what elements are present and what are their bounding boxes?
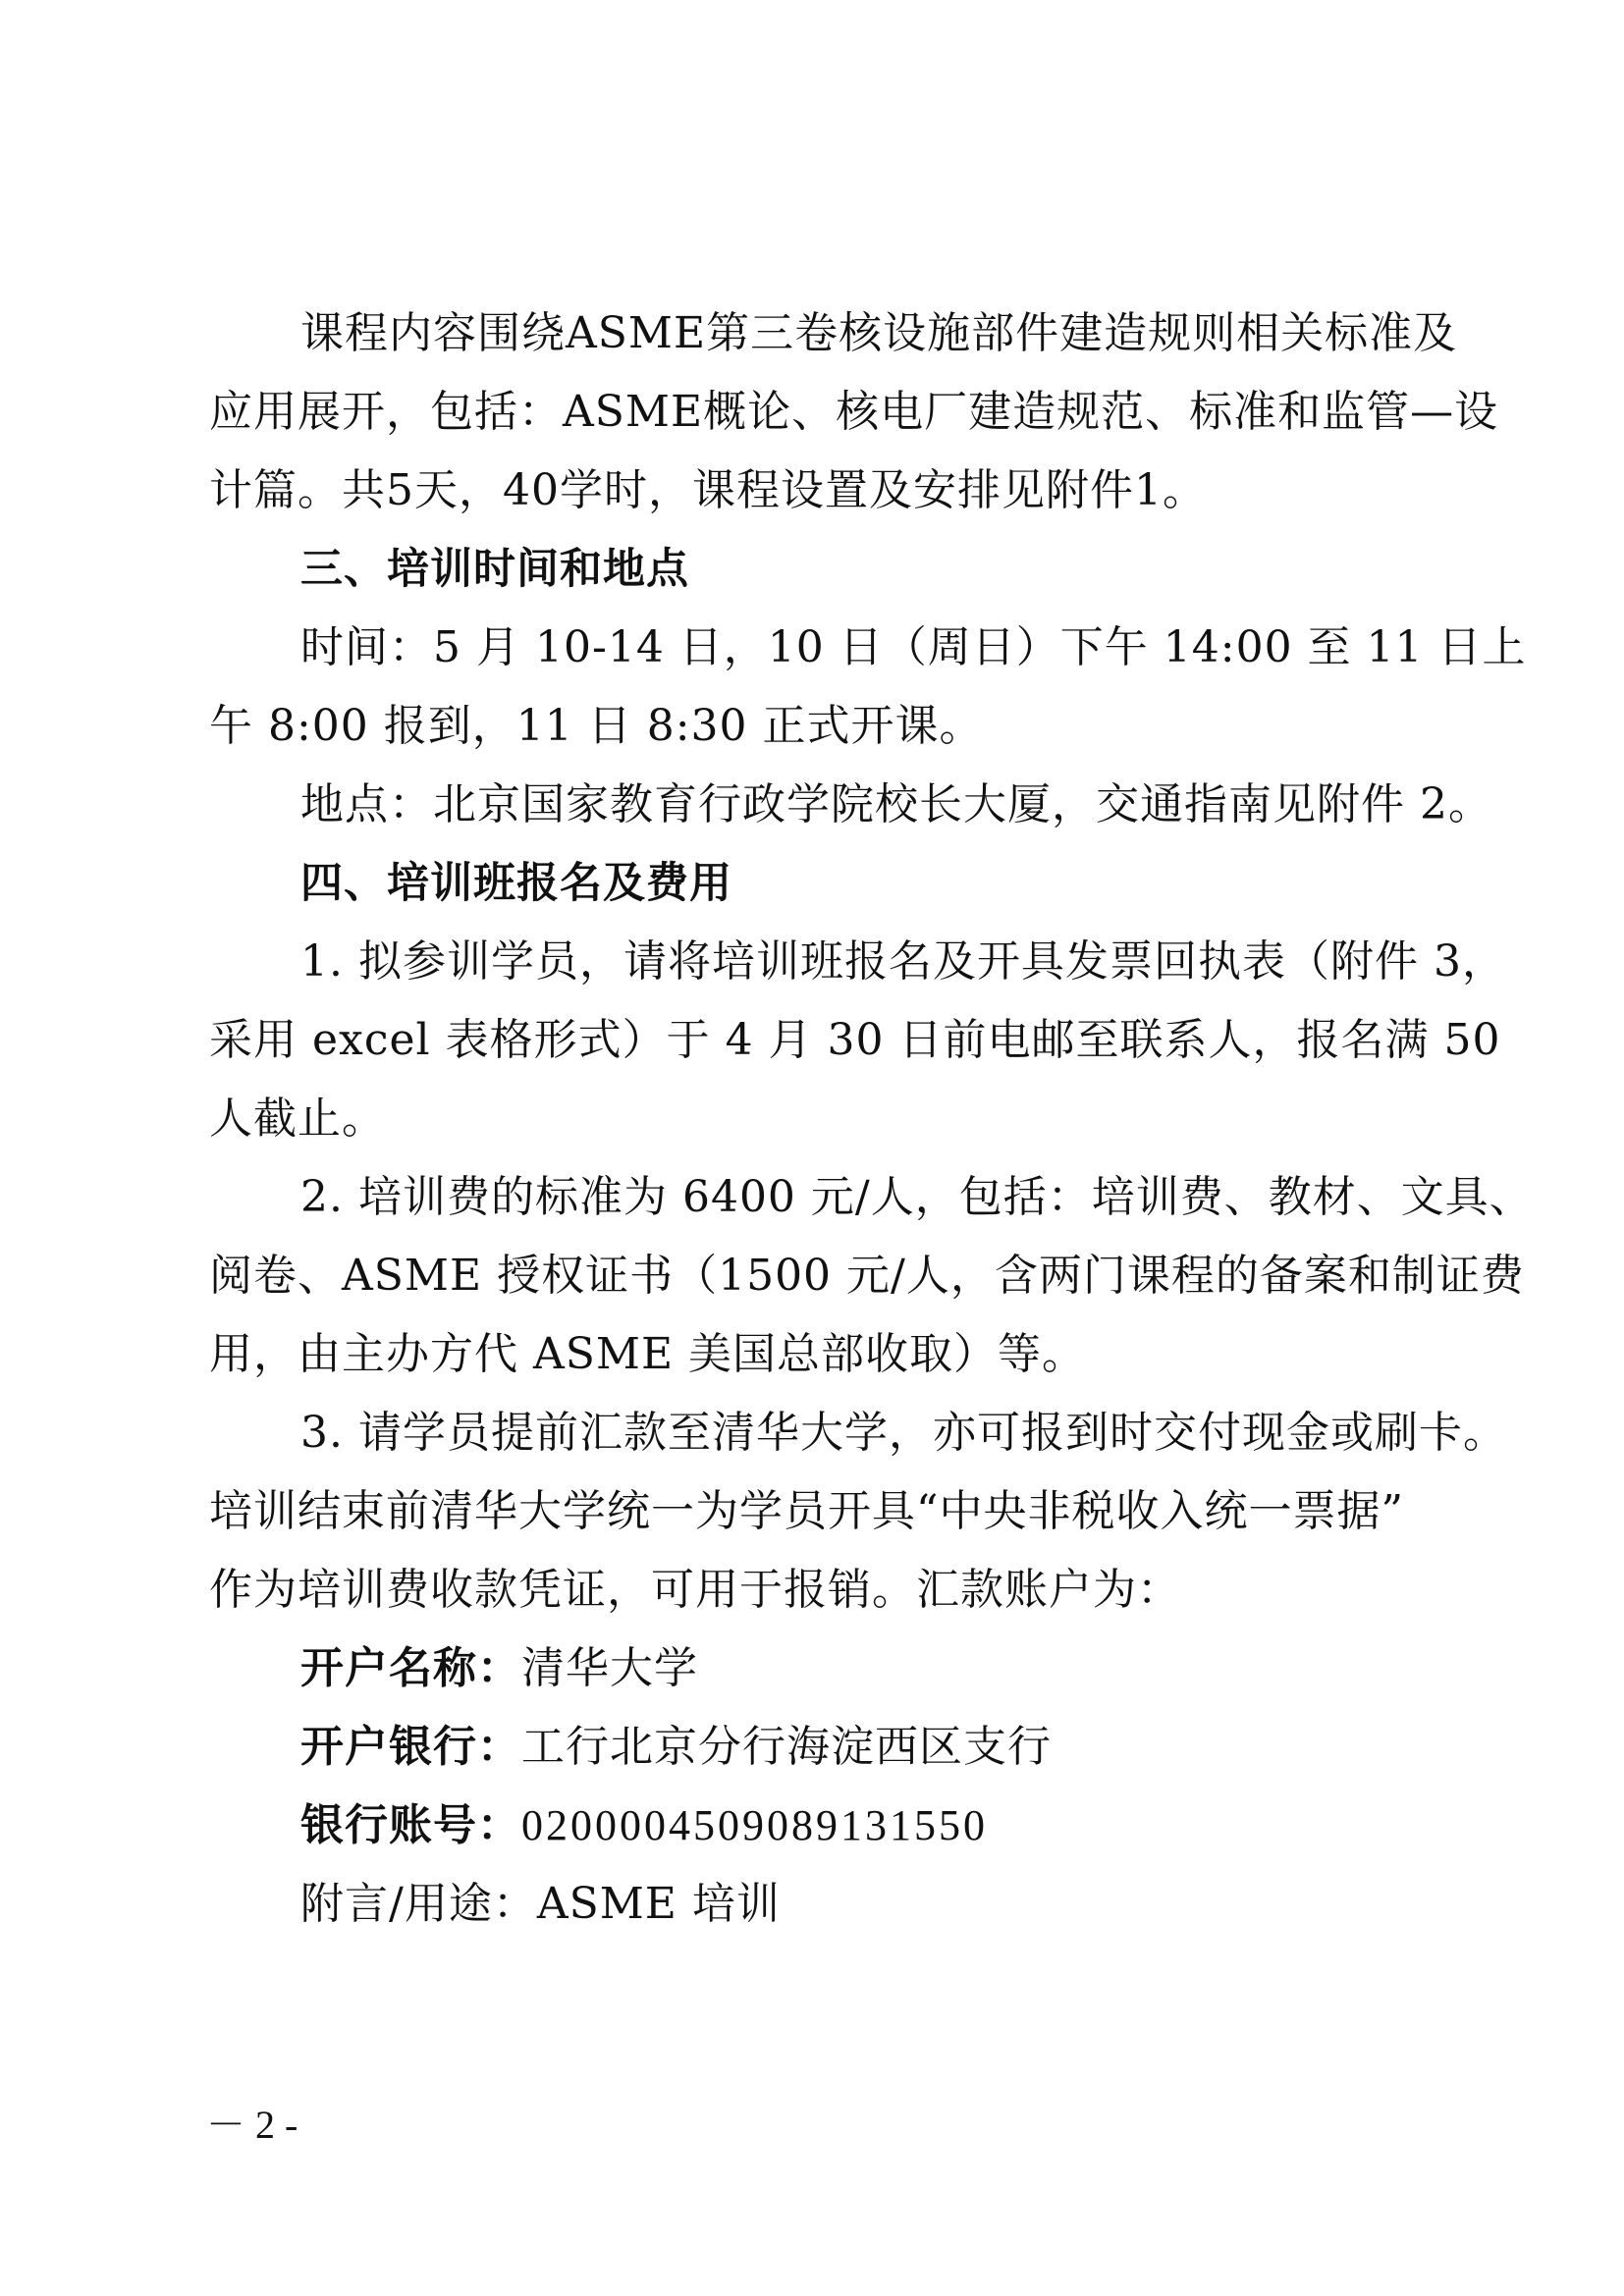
item-3-line-2: 培训结束前清华大学统一为学员开具“中央非税收入统一票据” (209, 1482, 1427, 1541)
bank-label: 开户银行： (300, 1722, 521, 1772)
item-2-line-1: 2. 培训费的标准为 6400 元/人，包括：培训费、教材、文具、 (300, 1168, 1518, 1227)
account-number-label: 银行账号： (300, 1800, 521, 1850)
account-name-row: 开户名称：清华大学 (300, 1639, 1518, 1698)
account-name-value: 清华大学 (521, 1643, 698, 1693)
item-2-line-3: 用，由主办方代 ASME 美国总部收取）等。 (209, 1325, 1427, 1384)
memo-row: 附言/用途：ASME 培训 (300, 1875, 1518, 1934)
memo-value: ASME 培训 (537, 1879, 781, 1929)
time-line-2: 午 8:00 报到，11 日 8:30 正式开课。 (209, 697, 1427, 756)
item-1-line-2: 采用 excel 表格形式）于 4 月 30 日前电邮至联系人，报名满 50 (209, 1011, 1427, 1070)
course-paragraph-line-3: 计篇。共5天，40学时，课程设置及安排见附件1。 (209, 461, 1427, 520)
time-line-1: 时间：5 月 10-14 日，10 日（周日）下午 14:00 至 11 日上 (300, 618, 1518, 677)
course-paragraph-line-1: 课程内容围绕ASME第三卷核设施部件建造规则相关标准及 (300, 304, 1518, 363)
memo-label: 附言/用途： (300, 1879, 537, 1929)
bank-row: 开户银行：工行北京分行海淀西区支行 (300, 1718, 1518, 1777)
page-number: － 2 - (206, 2101, 298, 2150)
bank-value: 工行北京分行海淀西区支行 (521, 1722, 1052, 1772)
course-paragraph-line-2: 应用展开，包括：ASME概论、核电厂建造规范、标准和监管—设 (209, 383, 1427, 442)
account-name-label: 开户名称： (300, 1643, 521, 1693)
location-line: 地点：北京国家教育行政学院校长大厦，交通指南见附件 2。 (300, 775, 1518, 834)
item-3-line-3: 作为培训费收款凭证，可用于报销。汇款账户为： (209, 1561, 1427, 1620)
item-1-line-1: 1. 拟参训学员，请将培训班报名及开具发票回执表（附件 3， (300, 933, 1518, 991)
account-number-value: 0200004509089131550 (521, 1801, 988, 1849)
account-number-row: 银行账号：0200004509089131550 (300, 1796, 1518, 1855)
document-page: 课程内容围绕ASME第三卷核设施部件建造规则相关标准及 应用展开，包括：ASME… (0, 0, 1624, 2296)
section-4-heading: 四、培训班报名及费用 (300, 854, 1518, 913)
item-3-line-1: 3. 请学员提前汇款至清华大学，亦可报到时交付现金或刷卡。 (300, 1404, 1518, 1463)
item-1-line-3: 人截止。 (209, 1090, 1427, 1148)
item-2-line-2: 阅卷、ASME 授权证书（1500 元/人，含两门课程的备案和制证费 (209, 1247, 1427, 1306)
section-3-heading: 三、培训时间和地点 (300, 540, 1518, 599)
